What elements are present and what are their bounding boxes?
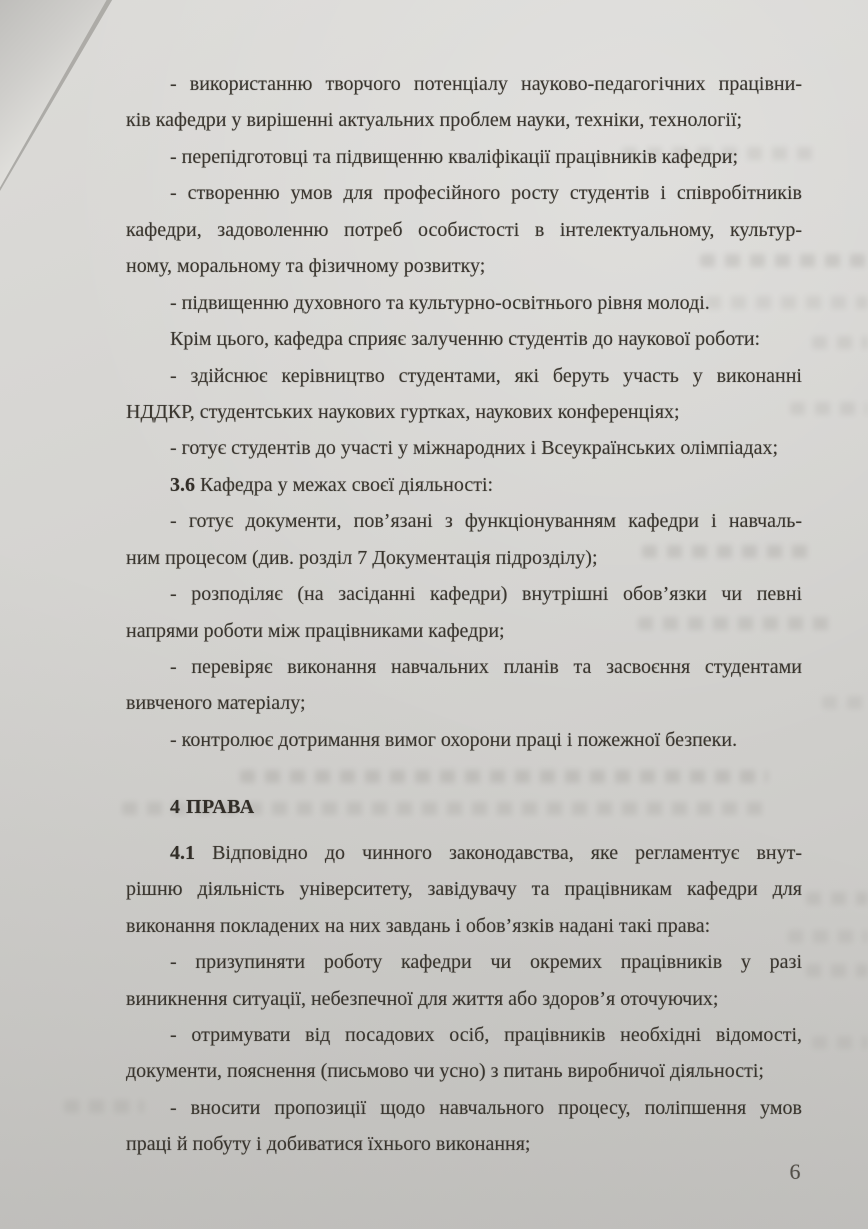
text-line: рішню діяльність університету, завідувач… (126, 871, 802, 907)
text-line: праці й побуту і добиватися їхнього вико… (126, 1126, 802, 1162)
text-line: - перепідготовці та підвищенню кваліфіка… (126, 139, 802, 175)
bleed-through-artifact (806, 892, 868, 905)
bleed-through-artifact (822, 696, 868, 709)
text-line: - отримувати від посадових осіб, працівн… (126, 1017, 802, 1053)
bleed-through-artifact (812, 336, 868, 349)
text-line: - контролює дотримання вимог охорони пра… (126, 722, 802, 758)
text-line: виникнення ситуації, небезпечної для жит… (126, 981, 802, 1017)
bleed-through-artifact (806, 964, 868, 977)
page-number: 6 (780, 1154, 810, 1190)
text-line: НДДКР, студентських наукових гуртках, на… (126, 394, 802, 430)
section-heading: 4 ПРАВА (126, 789, 802, 825)
text-line: - розподіляє (на засіданні кафедри) внут… (126, 576, 802, 612)
text-line: - здійснює керівництво студентами, які б… (126, 358, 802, 394)
bleed-through-artifact (812, 1036, 868, 1049)
text-line: ків кафедри у вирішенні актуальних пробл… (126, 102, 802, 138)
text-line: ним процесом (див. розділ 7 Документація… (126, 540, 802, 576)
text-line: - використанню творчого потенціалу науко… (126, 66, 802, 102)
text-line: Крім цього, кафедра сприяє залученню сту… (126, 321, 802, 357)
document-photo: - використанню творчого потенціалу науко… (0, 0, 868, 1229)
text-line: - перевіряє виконання навчальних планів … (126, 649, 802, 685)
text-line: - вносити пропозиції щодо навчального пр… (126, 1090, 802, 1126)
text-line: документи, пояснення (письмово чи усно) … (126, 1053, 802, 1089)
text-line: 4.1 Відповідно до чинного законодавства,… (126, 835, 802, 871)
text-line: - готує документи, пов’язані з функціону… (126, 503, 802, 539)
text-line: 3.6 Кафедра у межах своєї діяльності: (126, 467, 802, 503)
text-line: - створенню умов для професійного росту … (126, 175, 802, 211)
text-line: напрями роботи між працівниками кафедри; (126, 613, 802, 649)
text-line: вивченого матеріалу; (126, 685, 802, 721)
text-line: кафедри, задоволенню потреб особистості … (126, 212, 802, 248)
text-line: - підвищенню духовного та культурно-осві… (126, 285, 802, 321)
text-line: ному, моральному та фізичному розвитку; (126, 248, 802, 284)
text-line: - готує студентів до участі у міжнародни… (126, 430, 802, 466)
text-block: - використанню творчого потенціалу науко… (126, 66, 802, 1163)
text-line: - призупиняти роботу кафедри чи окремих … (126, 944, 802, 980)
text-line: виконання покладених на них завдань і об… (126, 908, 802, 944)
